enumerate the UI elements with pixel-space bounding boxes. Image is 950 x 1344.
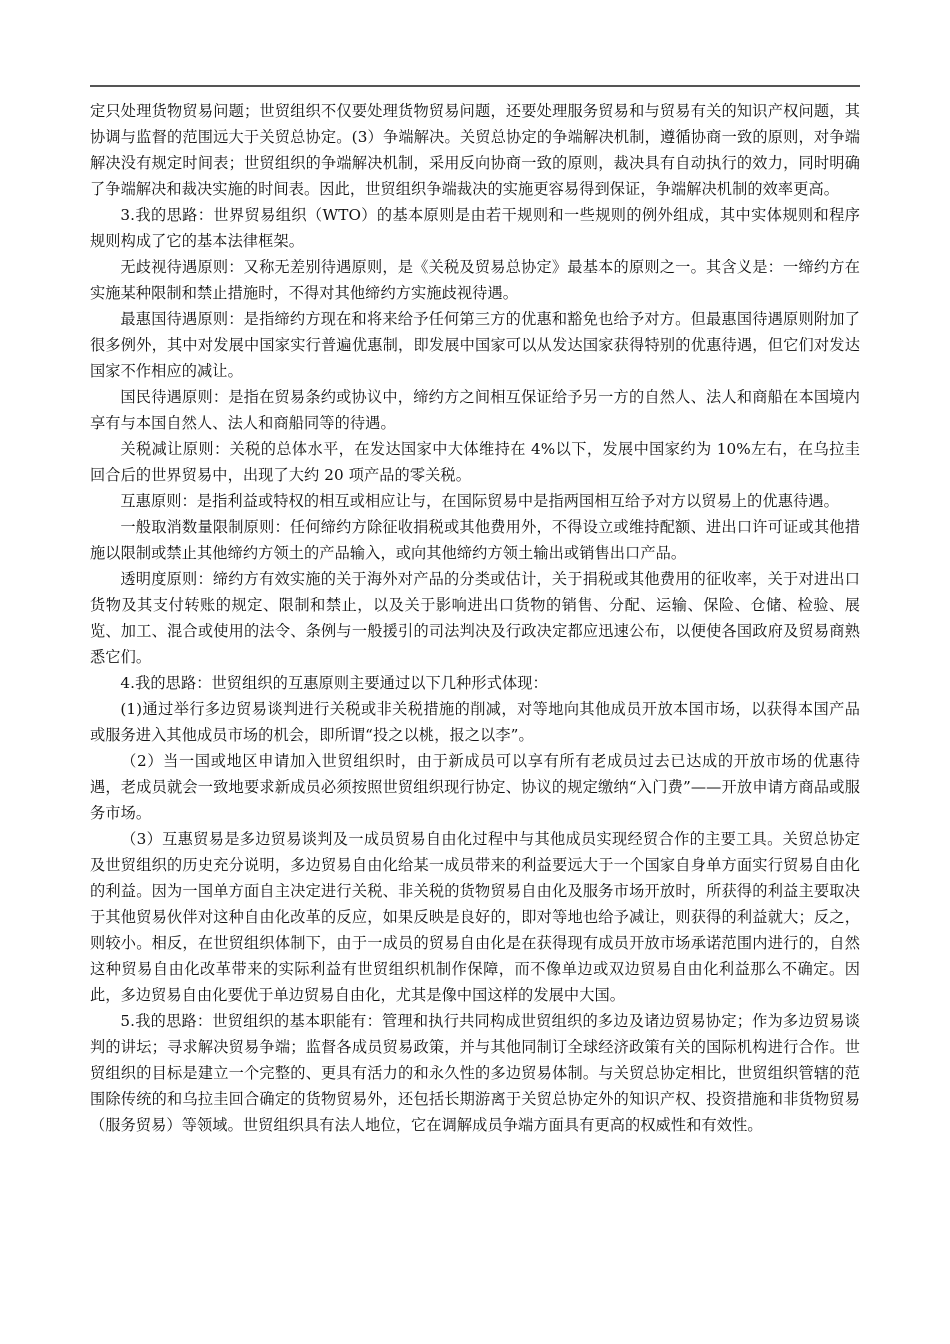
paragraph-answer-4: 4.我的思路：世贸组织的互惠原则主要通过以下几种形式体现：	[90, 670, 860, 696]
paragraph-quantitative-restrictions: 一般取消数量限制原则：任何缔约方除征收捐税或其他费用外，不得设立或维持配额、进出…	[90, 514, 860, 566]
paragraph-answer-4-point-2: （2）当一国或地区申请加入世贸组织时，由于新成员可以享有所有老成员过去已达成的开…	[90, 748, 860, 826]
paragraph-answer-4-point-1: (1)通过举行多边贸易谈判进行关税或非关税措施的削减，对等地向其他成员开放本国市…	[90, 696, 860, 748]
paragraph-tariff-reduction: 关税减让原则：关税的总体水平，在发达国家中大体维持在 4%以下，发展中国家约为 …	[90, 436, 860, 488]
paragraph-answer-4-point-3: （3）互惠贸易是多边贸易谈判及一成员贸易自由化过程中与其他成员实现经贸合作的主要…	[90, 826, 860, 1008]
paragraph-continuation: 定只处理货物贸易问题；世贸组织不仅要处理货物贸易问题，还要处理服务贸易和与贸易有…	[90, 98, 860, 202]
paragraph-national-treatment: 国民待遇原则：是指在贸易条约或协议中，缔约方之间相互保证给予另一方的自然人、法人…	[90, 384, 860, 436]
header-rule	[90, 85, 860, 87]
paragraph-answer-5: 5.我的思路：世贸组织的基本职能有：管理和执行共同构成世贸组织的多边及诸边贸易协…	[90, 1008, 860, 1138]
paragraph-non-discrimination: 无歧视待遇原则：又称无差别待遇原则，是《关税及贸易总协定》最基本的原则之一。其含…	[90, 254, 860, 306]
paragraph-answer-3: 3.我的思路：世界贸易组织（WTO）的基本原则是由若干规则和一些规则的例外组成，…	[90, 202, 860, 254]
document-body: 定只处理货物贸易问题；世贸组织不仅要处理货物贸易问题，还要处理服务贸易和与贸易有…	[90, 98, 860, 1138]
paragraph-mfn: 最惠国待遇原则：是指缔约方现在和将来给予任何第三方的优惠和豁免也给予对方。但最惠…	[90, 306, 860, 384]
paragraph-transparency: 透明度原则：缔约方有效实施的关于海外对产品的分类或估计，关于捐税或其他费用的征收…	[90, 566, 860, 670]
paragraph-reciprocity: 互惠原则：是指利益或特权的相互或相应让与，在国际贸易中是指两国相互给予对方以贸易…	[90, 488, 860, 514]
